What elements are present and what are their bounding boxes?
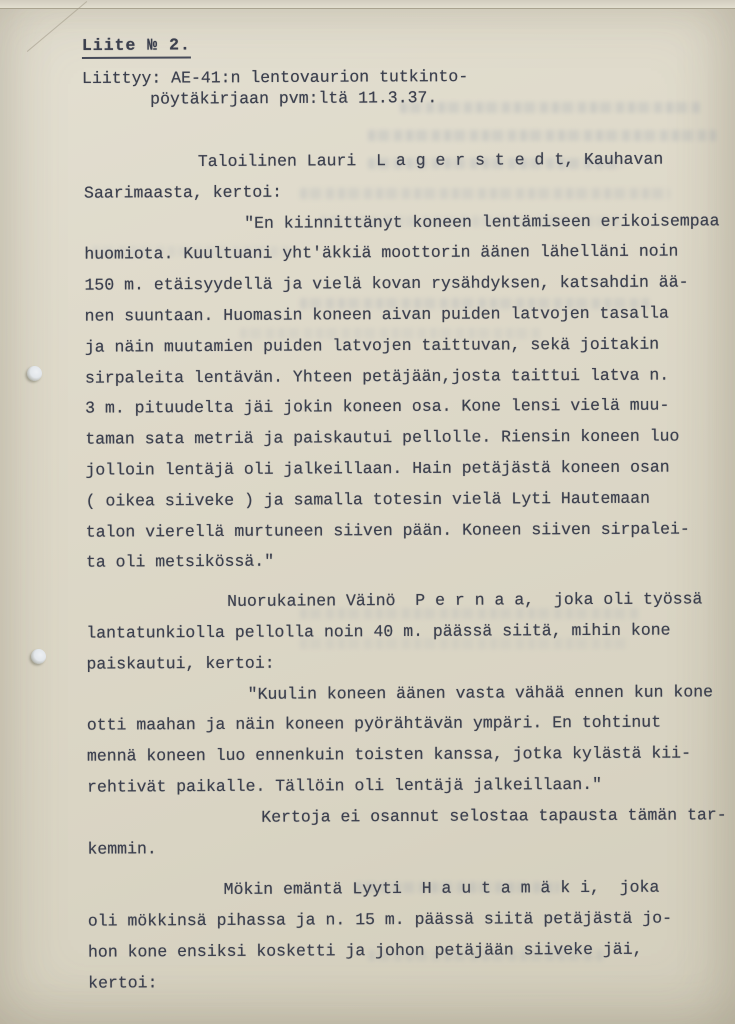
text-line: huomiota. Kuultuani yht'äkkiä moottorin … bbox=[84, 237, 709, 271]
reference-line: Liittyy: AE-41:n lentovaurion tutkinto- bbox=[82, 66, 468, 89]
text-line: hon kone ensiksi kosketti ja johon petäj… bbox=[88, 934, 713, 968]
bleed-through-text bbox=[368, 130, 716, 141]
document-header: Liite № 2. Liittyy: AE-41:n lentovaurion… bbox=[82, 33, 469, 110]
text-line: kertoi: bbox=[88, 965, 713, 999]
text-line: lantatunkiolla pellolla noin 40 m. pääss… bbox=[86, 615, 711, 649]
text-line: "Kuulin koneen äänen vasta vähää ennen k… bbox=[87, 677, 712, 711]
document-body: Taloilinen Lauri L a g e r s t e d t, Ka… bbox=[84, 144, 713, 999]
witness2-intro-paragraph: Nuorukainen Väinö P e r n a a, joka oli … bbox=[86, 585, 711, 681]
witness2-quote-paragraph: "Kuulin koneen äänen vasta vähää ennen k… bbox=[87, 677, 713, 803]
text-line: otti maahan ja näin koneen pyörähtävän y… bbox=[87, 708, 712, 742]
text-line: Nuorukainen Väinö P e r n a a, joka oli … bbox=[86, 585, 711, 619]
text-line: talon vierellä murtuneen siiven pään. Ko… bbox=[86, 514, 711, 548]
scanned-document-page: Liite № 2. Liittyy: AE-41:n lentovaurion… bbox=[0, 0, 735, 1024]
text-line: paiskautui, kertoi: bbox=[86, 646, 711, 680]
text-line: sirpaleita lentävän. Yhteen petäjään,jos… bbox=[85, 360, 710, 394]
text-line: ta oli metsikössä." bbox=[86, 545, 711, 579]
text-line: ( oikea siiveke ) ja samalla totesin vie… bbox=[86, 483, 711, 517]
text-line: kemmin. bbox=[87, 831, 712, 865]
text-line: Taloilinen Lauri L a g e r s t e d t, Ka… bbox=[84, 144, 709, 178]
text-line: Saarimaasta, kertoi: bbox=[84, 175, 709, 209]
text-line: Mökin emäntä Lyyti H a u t a m ä k i, jo… bbox=[88, 873, 713, 907]
text-line: "En kiinnittänyt koneen lentämiseen erik… bbox=[84, 206, 709, 240]
witness1-intro-paragraph: Taloilinen Lauri L a g e r s t e d t, Ka… bbox=[84, 144, 709, 209]
witness1-quote-paragraph: "En kiinnittänyt koneen lentämiseen erik… bbox=[84, 206, 711, 579]
attachment-label: Liite № 2. bbox=[82, 34, 191, 59]
reference-line: pöytäkirjaan pvm:ltä 11.3.37. bbox=[150, 87, 468, 110]
text-line: oli mökkinsä pihassa ja n. 15 m. päässä … bbox=[88, 903, 713, 937]
note-paragraph: Kertoja ei osannut selostaa tapausta täm… bbox=[87, 800, 712, 865]
text-line: ja näin muutamien puiden latvojen taittu… bbox=[85, 329, 710, 363]
text-line: nen suuntaan. Huomasin koneen aivan puid… bbox=[85, 298, 710, 332]
paper-top-crease bbox=[0, 0, 735, 9]
text-line: jolloin lentäjä oli jalkeillaan. Hain pe… bbox=[85, 452, 710, 486]
text-line: Kertoja ei osannut selostaa tapausta täm… bbox=[87, 800, 712, 834]
text-line: taman sata metriä ja paiskautui pellolle… bbox=[85, 422, 710, 456]
punch-hole bbox=[27, 366, 42, 381]
punch-hole bbox=[31, 649, 46, 664]
text-line: 150 m. etäisyydellä ja vielä kovan rysäh… bbox=[84, 268, 709, 302]
witness3-intro-paragraph: Mökin emäntä Lyyti H a u t a m ä k i, jo… bbox=[88, 873, 714, 999]
text-line: 3 m. pituudelta jäi jokin koneen osa. Ko… bbox=[85, 391, 710, 425]
text-line: rehtivät paikalle. Tällöin oli lentäjä j… bbox=[87, 769, 712, 803]
text-line: mennä koneen luo ennenkuin toisten kanss… bbox=[87, 739, 712, 773]
